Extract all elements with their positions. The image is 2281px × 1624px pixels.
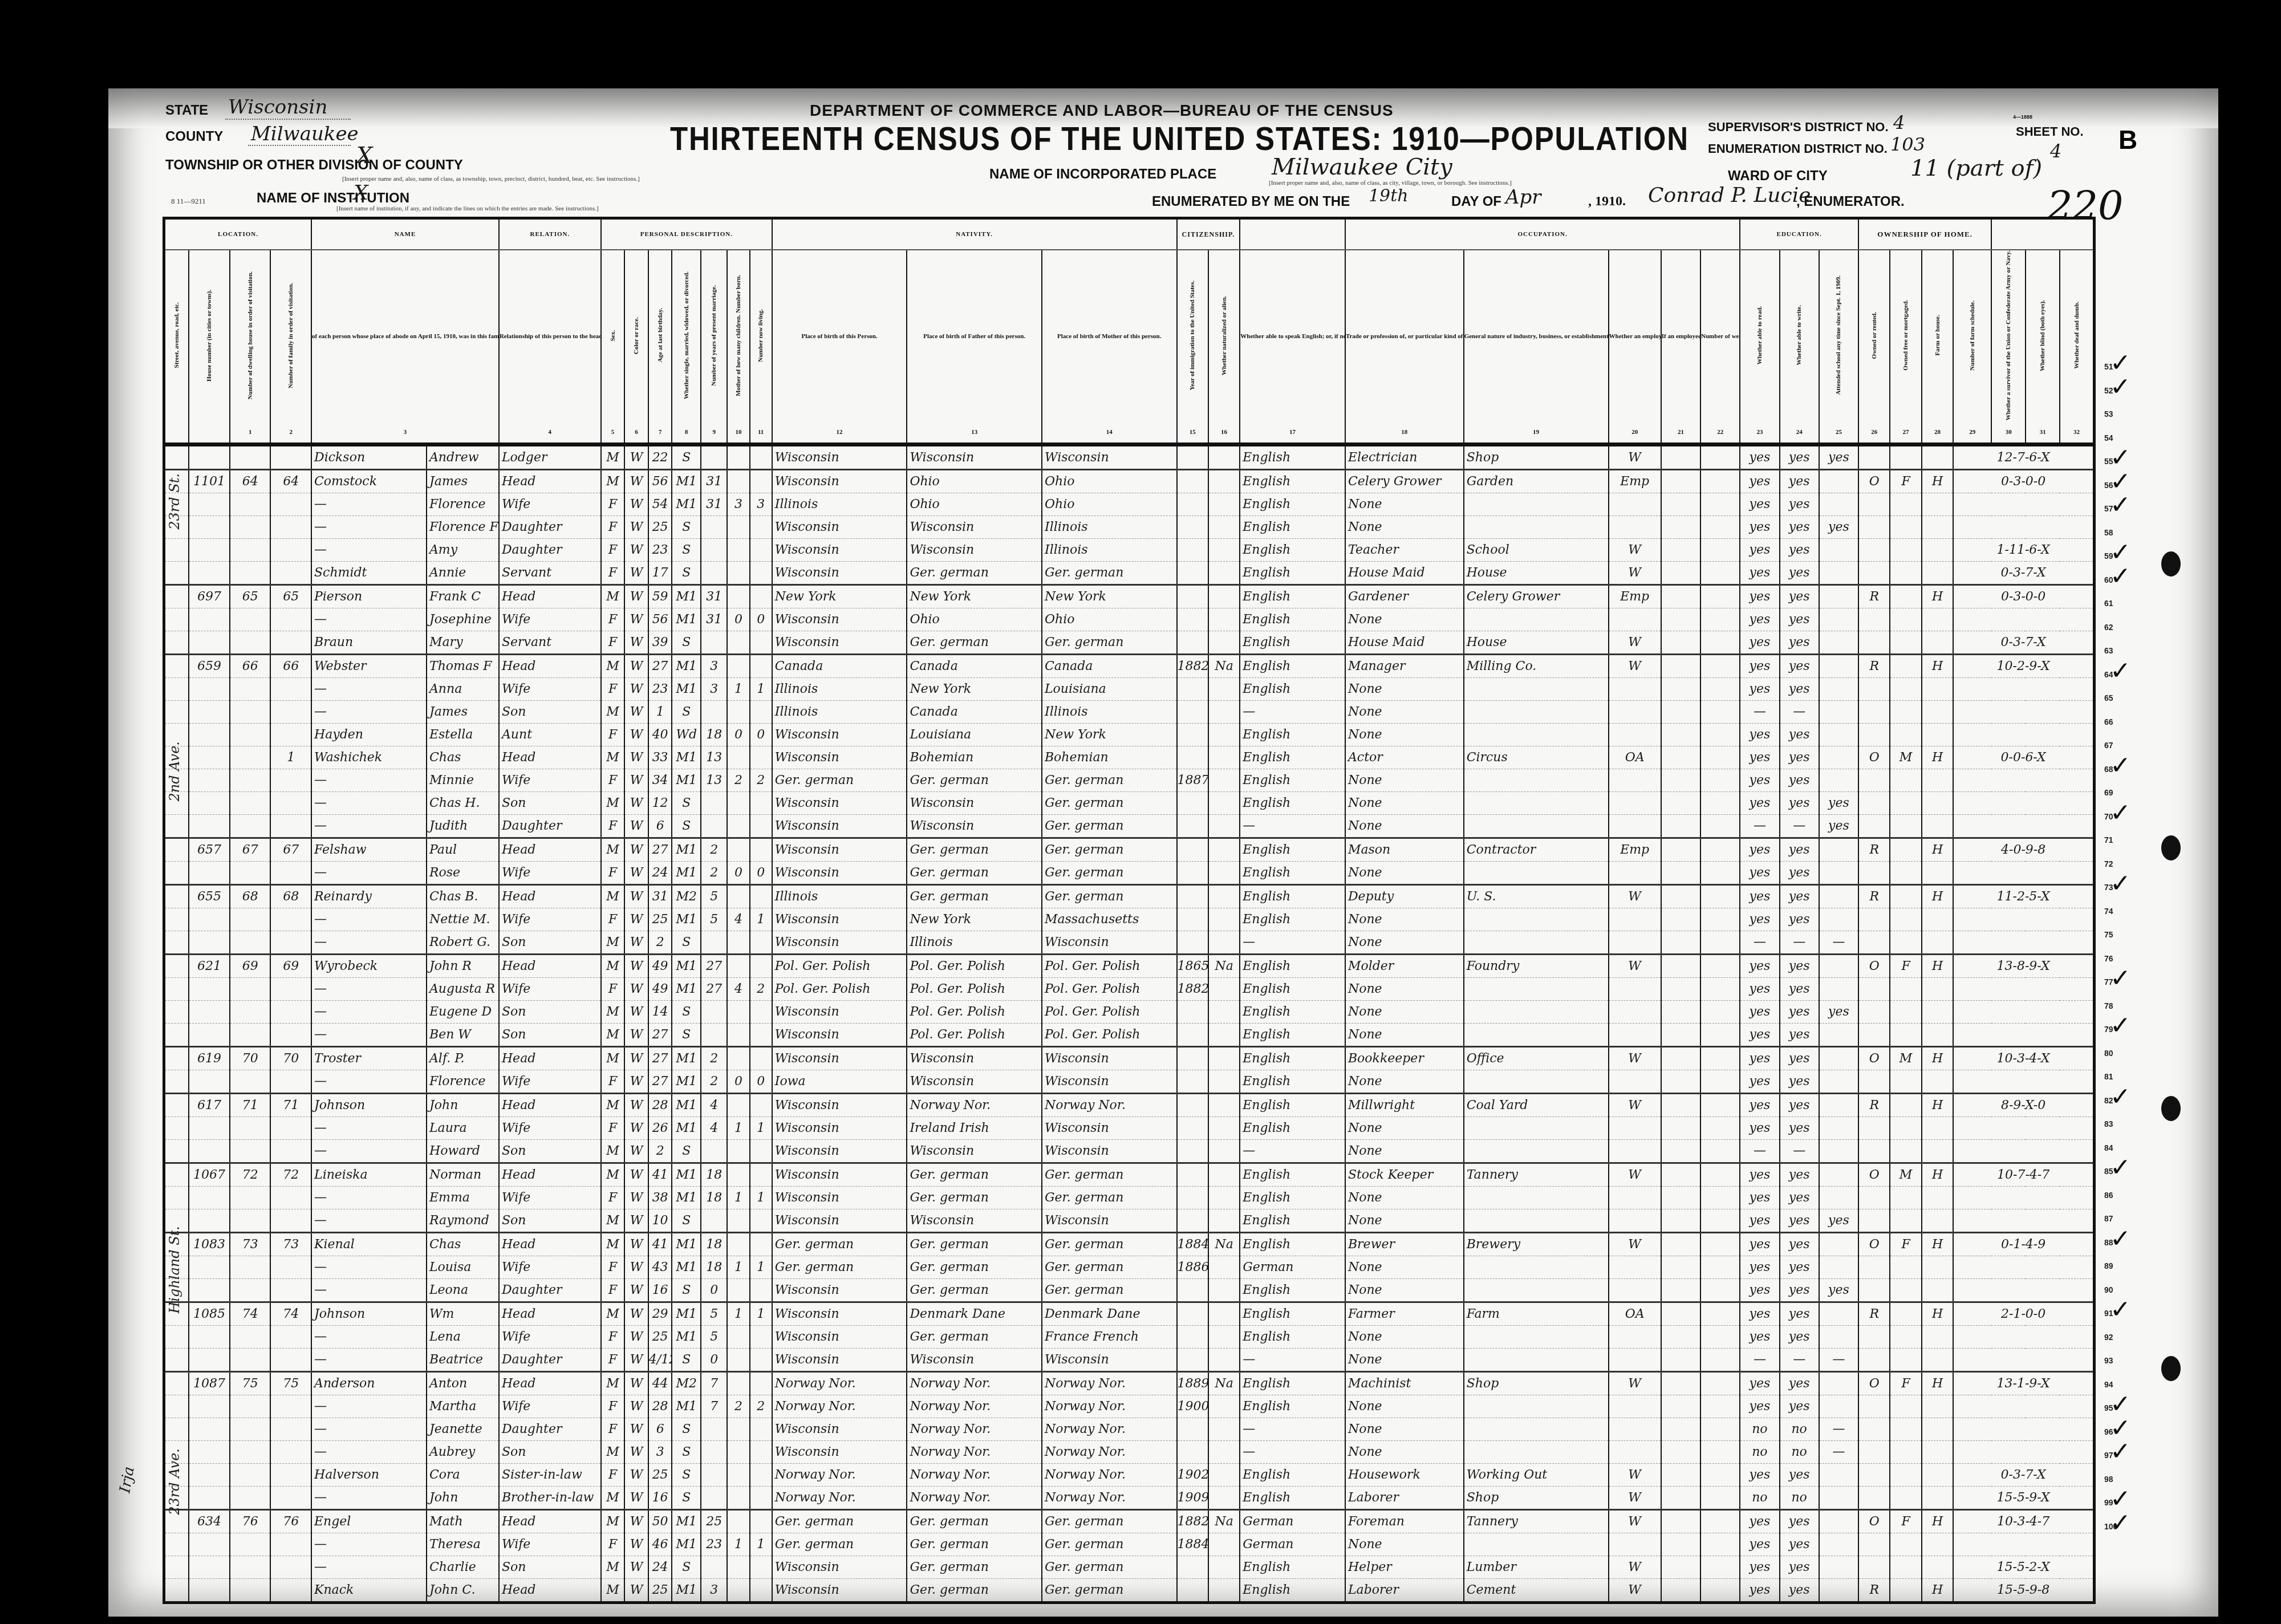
cell-surname: — [311, 1256, 427, 1279]
farm-schedule-code: 0-3-7-X [1953, 631, 2094, 655]
empty-cell [1700, 445, 1740, 470]
cell-free [1890, 608, 1921, 631]
cell-yrs: 0 [701, 1279, 727, 1302]
cell-given: Math [427, 1510, 499, 1533]
cell-race: W [624, 1441, 648, 1464]
cell-nat [1208, 885, 1240, 908]
cell-sex: F [601, 539, 625, 562]
cell-own [1858, 539, 1890, 562]
farm-schedule-code: 10-2-9-X [1953, 655, 2094, 678]
cell-race: W [624, 1326, 648, 1349]
cell-read: yes [1740, 1464, 1779, 1487]
cell-born [727, 1233, 749, 1256]
empty-cell [1700, 701, 1740, 724]
cell-dwell [230, 769, 271, 792]
empty-cell [1700, 815, 1740, 838]
cell-imm: 1882 [1177, 655, 1208, 678]
col-num: 22 [1700, 422, 1740, 445]
empty-cell [1661, 1024, 1700, 1047]
cell-born [727, 931, 749, 955]
cell-born: 2 [727, 1395, 749, 1418]
cell-surname: — [311, 493, 427, 516]
cell-own [1858, 908, 1890, 931]
cell-born [727, 701, 749, 724]
cell-own [1858, 1256, 1890, 1279]
farm-schedule-code: 0-3-0-0 [1953, 470, 2094, 493]
cell-dwell [230, 1209, 271, 1233]
cell-ms: M1 [672, 1070, 701, 1094]
empty-cell [164, 701, 189, 724]
empty-cell [1700, 1047, 1740, 1070]
cell-imm [1177, 1117, 1208, 1140]
cell-given: Judith [427, 815, 499, 838]
cell-ms: M1 [672, 908, 701, 931]
cell-rel: Wife [499, 978, 601, 1001]
cell-emp [1609, 792, 1661, 815]
cell-fam [270, 769, 311, 792]
cell-pob_f: Ger. german [907, 1326, 1042, 1349]
cell-trade: None [1345, 493, 1464, 516]
cell-rel: Wife [499, 769, 601, 792]
cell-school: yes [1819, 1209, 1858, 1233]
cell-own [1858, 1209, 1890, 1233]
cell-nat [1208, 562, 1240, 585]
cell-fh [1922, 631, 1953, 655]
line-number: 87 [2104, 1214, 2113, 1223]
empty-cell [1700, 955, 1740, 978]
empty-cell [1661, 1001, 1700, 1024]
cell-free [1890, 539, 1921, 562]
cell-read: no [1740, 1487, 1779, 1510]
cell-trade: None [1345, 1349, 1464, 1372]
cell-yrs [701, 1441, 727, 1464]
cell-fh: H [1922, 585, 1953, 608]
table-row: —Chas H.SonMW12SWisconsinWisconsinGer. g… [164, 792, 2095, 815]
cell-house [189, 815, 230, 838]
cell-living [750, 1349, 772, 1372]
county-line [248, 145, 351, 146]
empty-cell [1661, 539, 1700, 562]
cell-school [1819, 701, 1858, 724]
empty-cell [1661, 445, 1700, 470]
cell-pob: Norway Nor. [772, 1395, 907, 1418]
cell-industry [1464, 1349, 1609, 1372]
cell-school [1819, 978, 1858, 1001]
cell-sex: M [601, 1001, 625, 1024]
cell-born: 1 [727, 1302, 749, 1326]
empty-cell [164, 1418, 189, 1441]
cell-emp [1609, 1140, 1661, 1163]
cell-read: yes [1740, 955, 1779, 978]
cell-yrs: 5 [701, 1302, 727, 1326]
group-ownership: OWNERSHIP OF HOME. [1858, 218, 1991, 250]
cell-pob_f: Ger. german [907, 1533, 1042, 1556]
line-number: 62 [2104, 623, 2113, 632]
cell-trade: Millwright [1345, 1094, 1464, 1117]
cell-race: W [624, 678, 648, 701]
cell-given: Norman [427, 1163, 499, 1187]
cell-age: 1 [648, 701, 672, 724]
cell-industry [1464, 1209, 1609, 1233]
cell-ms: M1 [672, 1302, 701, 1326]
cell-age: 27 [648, 1070, 672, 1094]
cell-pob_f: Ger. german [907, 1187, 1042, 1209]
cell-fam [270, 931, 311, 955]
cell-read: yes [1740, 1326, 1779, 1349]
cell-free [1890, 655, 1921, 678]
empty-cell [1700, 1510, 1740, 1533]
cell-own: O [1858, 1233, 1890, 1256]
cell-living: 1 [750, 1117, 772, 1140]
cell-age: 3 [648, 1441, 672, 1464]
cell-fh [1922, 1441, 1953, 1464]
cell-write: yes [1780, 1047, 1819, 1070]
cell-living [750, 1579, 772, 1603]
col-desc-blind: Whether blind (both eyes). [2026, 250, 2060, 422]
cell-sex: F [601, 815, 625, 838]
cell-school [1819, 585, 1858, 608]
cell-emp: Emp [1609, 838, 1661, 862]
cell-age: 24 [648, 862, 672, 885]
cell-born: 1 [727, 1256, 749, 1279]
cell-imm [1177, 1418, 1208, 1441]
cell-write: — [1780, 1140, 1819, 1163]
cell-pob: Wisconsin [772, 516, 907, 539]
cell-given: Raymond [427, 1209, 499, 1233]
cell-fh [1922, 701, 1953, 724]
empty-cell [164, 539, 189, 562]
cell-industry [1464, 792, 1609, 815]
cell-industry: House [1464, 631, 1609, 655]
cell-free [1890, 1579, 1921, 1603]
table-row: HalversonCoraSister-in-lawFW25SNorway No… [164, 1464, 2095, 1487]
cell-trade: None [1345, 1024, 1464, 1047]
cell-imm [1177, 493, 1208, 516]
table-row: 6216969WyrobeckJohn RHeadMW49M127Pol. Ge… [164, 955, 2095, 978]
cell-age: 49 [648, 955, 672, 978]
cell-industry [1464, 724, 1609, 746]
cell-pob_f: Ohio [907, 493, 1042, 516]
table-row: 10857474JohnsonWmHeadMW29M1511WisconsinD… [164, 1302, 2095, 1326]
cell-industry [1464, 1117, 1609, 1140]
cell-living [750, 1047, 772, 1070]
empty-cell [1700, 1117, 1740, 1140]
cell-trade: None [1345, 1441, 1464, 1464]
cell-nat [1208, 746, 1240, 769]
cell-surname: — [311, 1349, 427, 1372]
empty-cell [164, 978, 189, 1001]
cell-imm [1177, 1441, 1208, 1464]
street-name: Highland St. [167, 1226, 182, 1314]
cell-rel: Wife [499, 1070, 601, 1094]
empty-cell [1700, 746, 1740, 769]
farm-schedule-code [1953, 1279, 2094, 1302]
cell-rel: Head [499, 746, 601, 769]
cell-rel: Daughter [499, 1279, 601, 1302]
cell-free [1890, 815, 1921, 838]
col-desc-sex: Sex. [601, 250, 625, 422]
cell-fh [1922, 792, 1953, 815]
cell-trade: None [1345, 792, 1464, 815]
cell-fh: H [1922, 955, 1953, 978]
farm-schedule-code [1953, 908, 2094, 931]
cell-lang: English [1240, 445, 1345, 470]
cell-yrs: 0 [701, 1349, 727, 1372]
cell-given: Theresa [427, 1533, 499, 1556]
cell-race: W [624, 955, 648, 978]
cell-surname: — [311, 1070, 427, 1094]
cell-fh [1922, 1070, 1953, 1094]
cell-imm: 1900 [1177, 1395, 1208, 1418]
cell-trade: None [1345, 1533, 1464, 1556]
cell-surname: Washichek [311, 746, 427, 769]
cell-own: O [1858, 746, 1890, 769]
check-mark-icon: ✓ [2110, 372, 2131, 401]
cell-fam [270, 792, 311, 815]
cell-age: 27 [648, 838, 672, 862]
cell-pob: Wisconsin [772, 445, 907, 470]
enumerator-label: , ENUMERATOR. [1796, 194, 1905, 210]
cell-industry [1464, 769, 1609, 792]
cell-yrs: 5 [701, 1326, 727, 1349]
cell-own [1858, 1349, 1890, 1372]
cell-read: — [1740, 931, 1779, 955]
cell-living [750, 838, 772, 862]
cell-age: 22 [648, 445, 672, 470]
cell-living [750, 931, 772, 955]
check-mark-icon: ✓ [2110, 1295, 2131, 1324]
cell-fam [270, 1349, 311, 1372]
cell-read: no [1740, 1441, 1779, 1464]
cell-age: 50 [648, 1510, 672, 1533]
cell-emp [1609, 978, 1661, 1001]
check-mark-icon: ✓ [2110, 1224, 2131, 1253]
cell-surname: Lineiska [311, 1163, 427, 1187]
empty-cell [164, 1163, 189, 1187]
cell-living [750, 585, 772, 608]
empty-cell [164, 1579, 189, 1603]
cell-write: yes [1780, 678, 1819, 701]
cell-born [727, 746, 749, 769]
table-row: SchmidtAnnieServantFW17SWisconsinGer. ge… [164, 562, 2095, 585]
cell-nat [1208, 1556, 1240, 1579]
cell-ms: M2 [672, 1372, 701, 1395]
cell-pob_f: Ger. german [907, 631, 1042, 655]
cell-ms: M1 [672, 1094, 701, 1117]
cell-pob: Ger. german [772, 1256, 907, 1279]
cell-trade: Bookkeeper [1345, 1047, 1464, 1070]
cell-ms: S [672, 1279, 701, 1302]
cell-yrs: 2 [701, 838, 727, 862]
empty-cell [1661, 1579, 1700, 1603]
line-number: 98 [2104, 1475, 2113, 1484]
cell-rel: Daughter [499, 815, 601, 838]
cell-pob: Wisconsin [772, 1024, 907, 1047]
cell-nat [1208, 1094, 1240, 1117]
group-citizenship: CITIZENSHIP. [1177, 218, 1240, 250]
cell-imm [1177, 862, 1208, 885]
cell-trade: House Maid [1345, 562, 1464, 585]
supervisor-label: SUPERVISOR'S DISTRICT NO. [1708, 120, 1889, 135]
cell-sex: M [601, 1024, 625, 1047]
cell-house [189, 1070, 230, 1094]
cell-dwell [230, 931, 271, 955]
cell-yrs: 31 [701, 470, 727, 493]
cell-own [1858, 1326, 1890, 1349]
cell-free [1890, 1140, 1921, 1163]
cell-rel: Daughter [499, 516, 601, 539]
cell-race: W [624, 1418, 648, 1441]
cell-pob_f: New York [907, 585, 1042, 608]
cell-trade: Foreman [1345, 1510, 1464, 1533]
empty-cell [164, 955, 189, 978]
punch-hole [2161, 835, 2181, 860]
col-num: 18 [1345, 422, 1464, 445]
cell-surname: Johnson [311, 1302, 427, 1326]
col-desc-trade: Trade or profession of, or particular ki… [1345, 250, 1464, 422]
cell-emp [1609, 1187, 1661, 1209]
cell-age: 6 [648, 815, 672, 838]
cell-ms: M1 [672, 1233, 701, 1256]
cell-pob_m: Ger. german [1042, 1279, 1177, 1302]
cell-ms: S [672, 1487, 701, 1510]
empty-cell [1700, 1349, 1740, 1372]
cell-imm [1177, 445, 1208, 470]
cell-pob_f: Ger. german [907, 562, 1042, 585]
cell-surname: Troster [311, 1047, 427, 1070]
table-row: —FlorenceWifeFW27M1200IowaWisconsinWisco… [164, 1070, 2095, 1094]
cell-age: 10 [648, 1209, 672, 1233]
cell-pob_f: Ger. german [907, 1163, 1042, 1187]
cell-nat [1208, 931, 1240, 955]
cell-sex: M [601, 655, 625, 678]
empty-cell [1661, 1094, 1700, 1117]
cell-write: yes [1780, 978, 1819, 1001]
cell-fh [1922, 1326, 1953, 1349]
cell-fam [270, 608, 311, 631]
cell-born [727, 1510, 749, 1533]
cell-write: yes [1780, 724, 1819, 746]
cell-emp [1609, 1001, 1661, 1024]
cell-pob_m: Ger. german [1042, 815, 1177, 838]
cell-fam [270, 1024, 311, 1047]
empty-cell [1661, 585, 1700, 608]
cell-race: W [624, 1117, 648, 1140]
empty-cell [1700, 1279, 1740, 1302]
state-line [225, 119, 351, 120]
cell-industry: Contractor [1464, 838, 1609, 862]
cell-free [1890, 562, 1921, 585]
cell-age: 16 [648, 1279, 672, 1302]
farm-schedule-code [1953, 1187, 2094, 1209]
cell-given: Emma [427, 1187, 499, 1209]
cell-pob: Pol. Ger. Polish [772, 955, 907, 978]
cell-trade: None [1345, 678, 1464, 701]
empty-cell [1700, 1094, 1740, 1117]
cell-fam: 75 [270, 1372, 311, 1395]
cell-given: Martha [427, 1395, 499, 1418]
cell-ms: M1 [672, 955, 701, 978]
cell-dwell [230, 493, 271, 516]
line-number: 81 [2104, 1072, 2113, 1081]
cell-nat [1208, 1487, 1240, 1510]
table-row: —JohnBrother-in-lawMW16SNorway Nor.Norwa… [164, 1487, 2095, 1510]
col-num: 25 [1819, 422, 1858, 445]
cell-ms: M1 [672, 1187, 701, 1209]
empty-cell [164, 908, 189, 931]
check-mark-icon: ✓ [2110, 1153, 2131, 1182]
cell-yrs [701, 1024, 727, 1047]
cell-ms: S [672, 1024, 701, 1047]
cell-given: Anton [427, 1372, 499, 1395]
empty-cell [1700, 931, 1740, 955]
empty-cell [164, 1094, 189, 1117]
scan-border-top [0, 0, 2281, 88]
col-num: 1 [230, 422, 271, 445]
cell-write: yes [1780, 1464, 1819, 1487]
empty-cell [1700, 1441, 1740, 1464]
empty-cell [1700, 1395, 1740, 1418]
cell-yrs [701, 1418, 727, 1441]
cell-fh [1922, 1256, 1953, 1279]
street-name: 2nd Ave. [167, 741, 182, 801]
cell-rel: Head [499, 1233, 601, 1256]
cell-yrs [701, 445, 727, 470]
institution-label: NAME OF INSTITUTION [257, 190, 409, 206]
cell-school [1819, 769, 1858, 792]
cell-pob: Wisconsin [772, 838, 907, 862]
cell-nat: Na [1208, 1372, 1240, 1395]
cell-trade: None [1345, 908, 1464, 931]
cell-free: M [1890, 1047, 1921, 1070]
cell-read: yes [1740, 470, 1779, 493]
line-number: 78 [2104, 1001, 2113, 1010]
cell-sex: F [601, 516, 625, 539]
cell-pob_f: Denmark Dane [907, 1302, 1042, 1326]
cell-sex: F [601, 678, 625, 701]
cell-pob_f: Norway Nor. [907, 1395, 1042, 1418]
cell-lang: English [1240, 1579, 1345, 1603]
farm-schedule-code [1953, 678, 2094, 701]
cell-own [1858, 1395, 1890, 1418]
cell-surname: — [311, 516, 427, 539]
cell-sex: F [601, 1117, 625, 1140]
empty-cell [1661, 1372, 1700, 1395]
cell-industry: Shop [1464, 1372, 1609, 1395]
cell-free: F [1890, 1372, 1921, 1395]
cell-imm: 1882 [1177, 978, 1208, 1001]
cell-fam [270, 1117, 311, 1140]
sheet-letter: B [2118, 124, 2137, 155]
table-row: 10837373KienalChasHeadMW41M118Ger. germa… [164, 1233, 2095, 1256]
empty-cell [1661, 1349, 1700, 1372]
cell-pob_m: Illinois [1042, 516, 1177, 539]
cell-emp [1609, 1349, 1661, 1372]
cell-write: — [1780, 815, 1819, 838]
farm-schedule-code: 12-7-6-X [1953, 445, 2094, 470]
cell-dwell [230, 1464, 271, 1487]
cell-free [1890, 1302, 1921, 1326]
cell-house: 655 [189, 885, 230, 908]
cell-pob_m: Wisconsin [1042, 931, 1177, 955]
cell-industry [1464, 701, 1609, 724]
cell-age: 25 [648, 1326, 672, 1349]
cell-fam: 66 [270, 655, 311, 678]
cell-fh [1922, 978, 1953, 1001]
cell-age: 28 [648, 1094, 672, 1117]
cell-house [189, 608, 230, 631]
cell-yrs: 13 [701, 769, 727, 792]
